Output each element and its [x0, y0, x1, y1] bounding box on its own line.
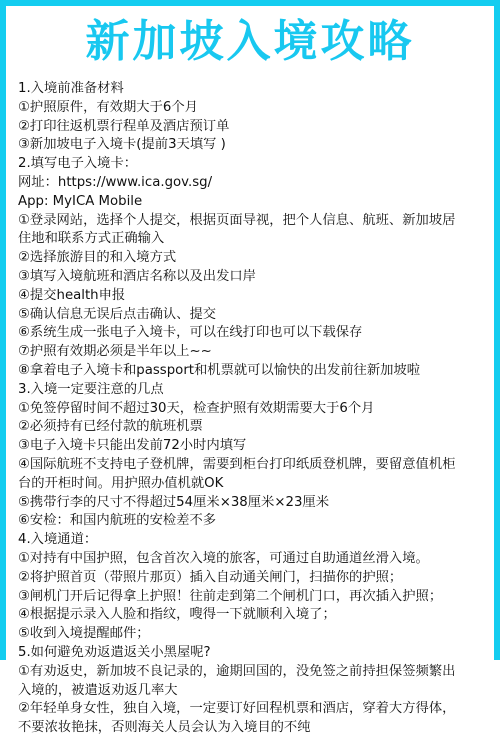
- website-url: 网址：https://www.ica.gov.sg/: [18, 174, 488, 193]
- list-item: ⑤收到入境提醒邮件；: [18, 625, 488, 644]
- list-item-continued: 住地和联系方式正确输入: [18, 230, 488, 249]
- list-item: ②将护照首页（带照片那页）插入自动通关闸门，扫描你的护照；: [18, 569, 488, 588]
- app-name: App: MyICA Mobile: [18, 193, 488, 212]
- list-item: ①登录网站，选择个人提交，根据页面导视，把个人信息、航班、新加坡居: [18, 212, 488, 231]
- list-item: ⑥系统生成一张电子入境卡，可以在线打印也可以下载保存: [18, 324, 488, 343]
- list-item: ⑧拿着电子入境卡和passport和机票就可以愉快的出发前往新加坡啦: [18, 362, 488, 381]
- list-item: ①免签停留时间不超过30天，检查护照有效期需要大于6个月: [18, 400, 488, 419]
- list-item: ④根据提示录入人脸和指纹，嗖得一下就顺利入境了；: [18, 606, 488, 625]
- section-heading-materials: 1.入境前准备材料: [18, 80, 488, 99]
- list-item: ③填写入境航班和酒店名称以及出发口岸: [18, 268, 488, 287]
- section-heading-entry-lanes: 4.入境通道：: [18, 531, 488, 550]
- section-heading-notes: 3.入境一定要注意的几点: [18, 381, 488, 400]
- list-item: ②必须持有已经付款的航班机票: [18, 418, 488, 437]
- list-item: ⑤携带行李的尺寸不得超过54厘米×38厘米×23厘米: [18, 494, 488, 513]
- list-item: ③新加坡电子入境卡(提前3天填写 ): [18, 136, 488, 155]
- list-item: ②选择旅游目的和入境方式: [18, 249, 488, 268]
- list-item: ③电子入境卡只能出发前72小时内填写: [18, 437, 488, 456]
- list-item: ⑥安检：和国内航班的安检差不多: [18, 512, 488, 531]
- list-item: ⑦护照有效期必须是半年以上~~: [18, 343, 488, 362]
- list-item: ⑤确认信息无误后点击确认、提交: [18, 306, 488, 325]
- list-item: ②打印往返机票行程单及酒店预订单: [18, 118, 488, 137]
- list-item: ③闸机门开后记得拿上护照！往前走到第二个闸机门口，再次插入护照；: [18, 588, 488, 607]
- list-item: ④国际航班不支持电子登机牌，需要到柜台打印纸质登机牌，要留意值机柜: [18, 456, 488, 475]
- page-title: 新加坡入境攻略: [0, 14, 500, 70]
- list-item: ①对持有中国护照，包含首次入境的旅客，可通过自助通道丝滑入境。: [18, 550, 488, 569]
- guide-content: 1.入境前准备材料 ①护照原件，有效期大于6个月 ②打印往返机票行程单及酒店预订…: [18, 80, 488, 660]
- list-item: ④提交health申报: [18, 287, 488, 306]
- list-item: ①护照原件，有效期大于6个月: [18, 99, 488, 118]
- section-heading-avoid-refusal: 5.如何避免劝返遣返关小黑屋呢?: [18, 644, 488, 660]
- section-heading-arrival-card: 2.填写电子入境卡：: [18, 155, 488, 174]
- list-item-continued: 台的开柜时间。用护照办值机就OK: [18, 475, 488, 494]
